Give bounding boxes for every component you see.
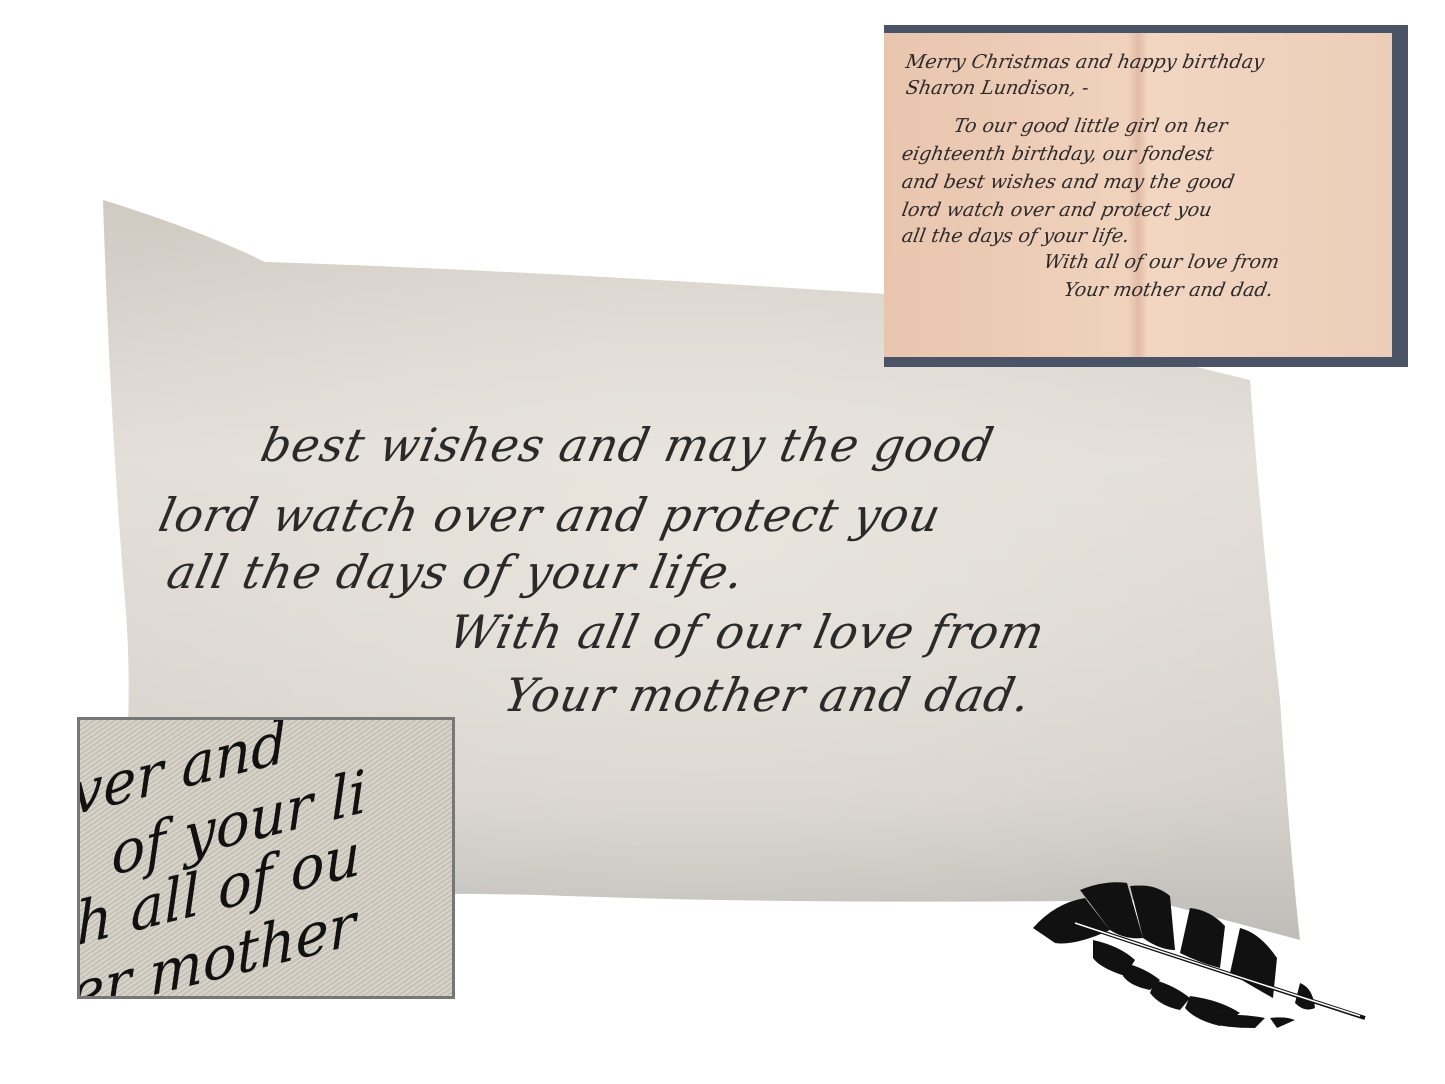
letter-line: lord watch over and protect you: [900, 199, 1213, 221]
feather-icon: [1015, 868, 1385, 1028]
pillow-handwriting-line: all the days of your life.: [162, 545, 750, 599]
letter-line: With all of our love from: [1042, 251, 1281, 273]
letter-line: Sharon Lundison, -: [904, 77, 1091, 99]
pillow-handwriting-line: best wishes and may the good: [256, 418, 999, 472]
letter-paper: Merry Christmas and happy birthday Sharo…: [884, 33, 1392, 357]
letter-line: eighteenth birthday, our fondest: [900, 143, 1215, 165]
pillow-handwriting-line: With all of our love from: [444, 605, 1050, 659]
pillow-handwriting-line: lord watch over and protect you: [154, 488, 946, 542]
fabric-closeup-inset: ver and of your li h all of ou er mother: [77, 717, 455, 999]
letter-line: Your mother and dad.: [1062, 279, 1275, 301]
pillow-handwriting-line: Your mother and dad.: [499, 668, 1036, 722]
original-letter-inset: Merry Christmas and happy birthday Sharo…: [884, 25, 1408, 367]
letter-line: To our good little girl on her: [952, 115, 1229, 137]
letter-line: all the days of your life.: [900, 225, 1131, 247]
letter-line: Merry Christmas and happy birthday: [904, 51, 1266, 73]
letter-line: and best wishes and may the good: [900, 171, 1236, 193]
